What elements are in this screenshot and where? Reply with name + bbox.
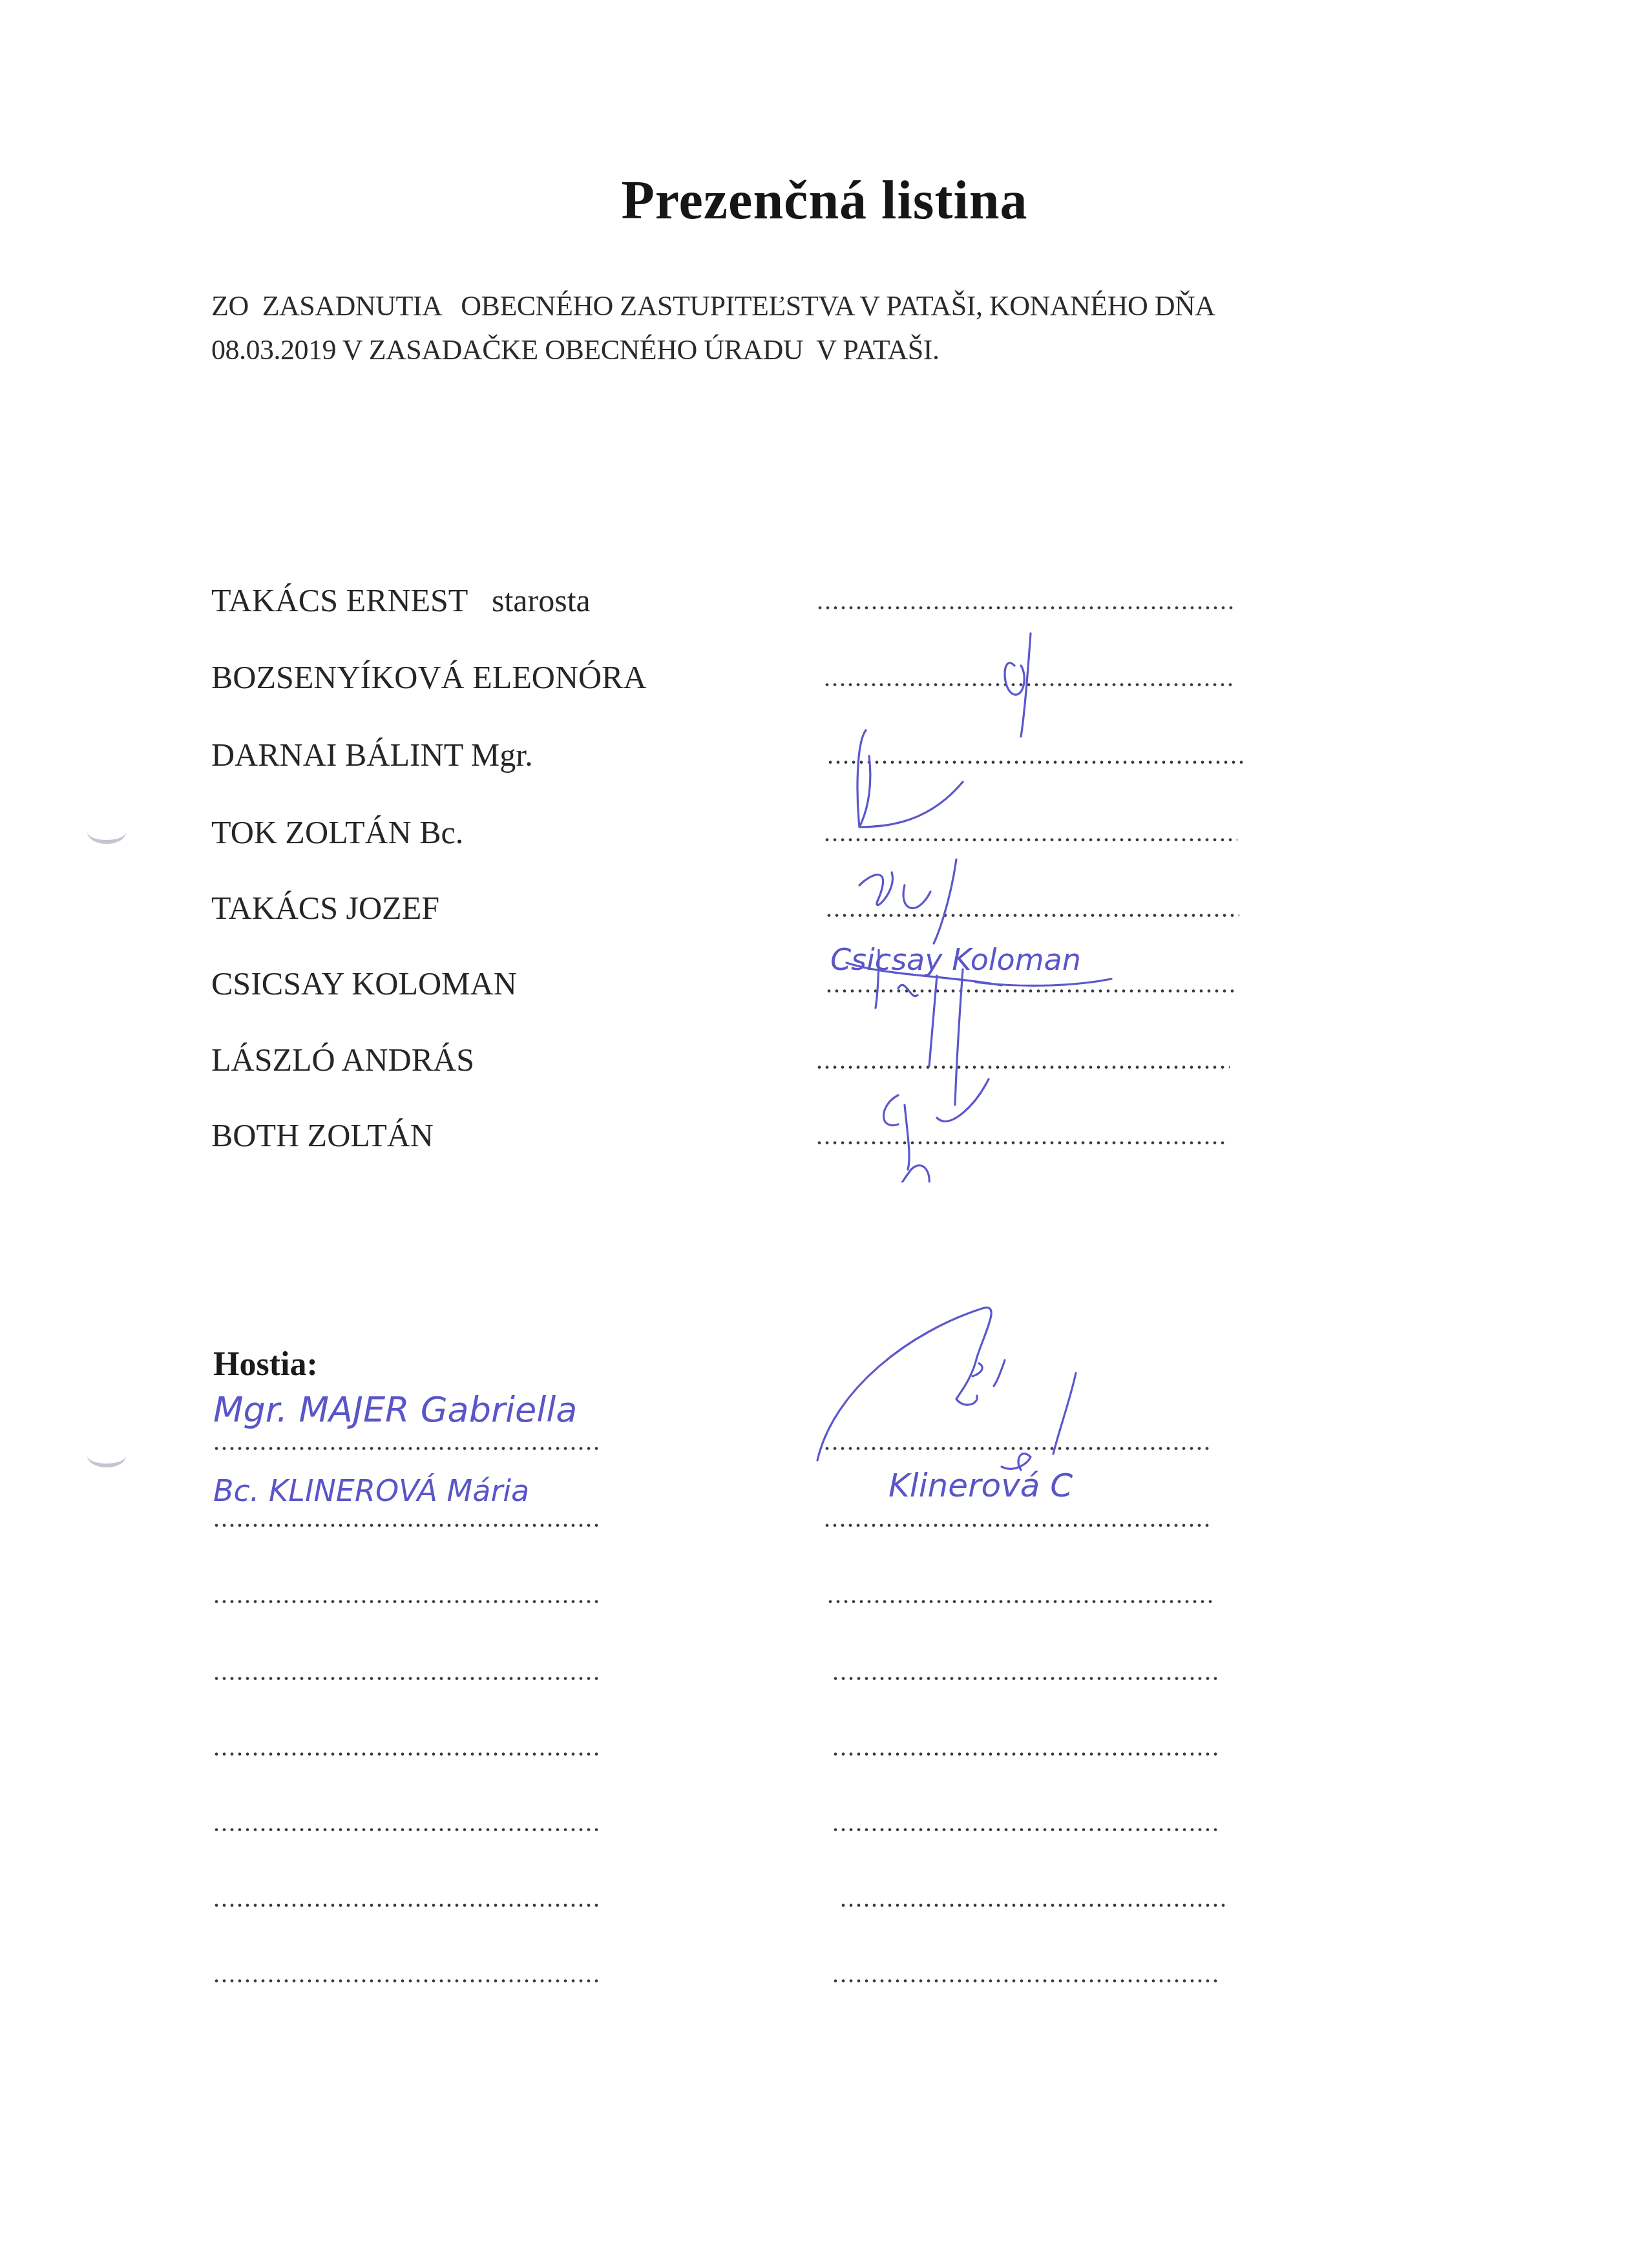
guest-signature-line[interactable]: ........................................… bbox=[827, 1579, 1215, 1610]
guests-heading: Hostia: bbox=[213, 1345, 318, 1383]
signature-line[interactable]: ........................................… bbox=[824, 662, 1232, 693]
member-name: TOK ZOLTÁN Bc. bbox=[211, 814, 463, 851]
member-name: DARNAI BÁLINT Mgr. bbox=[211, 736, 533, 773]
signature-line[interactable]: ........................................… bbox=[827, 740, 1244, 770]
guest-name-line[interactable]: ........................................… bbox=[213, 1426, 601, 1456]
guest-signature-line[interactable]: ........................................… bbox=[840, 1883, 1228, 1913]
signature-line[interactable]: ........................................… bbox=[824, 817, 1237, 848]
guest-signature-line[interactable]: ........................................… bbox=[832, 1656, 1220, 1686]
subtitle-line-1: ZO ZASADNUTIA OBECNÉHO ZASTUPITEĽSTVA V … bbox=[211, 289, 1215, 322]
guest-signature-line[interactable]: ........................................… bbox=[832, 1958, 1236, 1989]
guest-name-line[interactable]: ........................................… bbox=[213, 1807, 601, 1838]
hole-punch-mark bbox=[87, 821, 126, 844]
document-title: Prezenčná listina bbox=[0, 169, 1649, 232]
signature-line[interactable]: ........................................… bbox=[816, 1045, 1230, 1075]
guest-signature-line[interactable]: ........................................… bbox=[832, 1732, 1228, 1762]
guest-signature-line[interactable]: ........................................… bbox=[824, 1503, 1228, 1533]
signature-text-csicsay: Csicsay Koloman bbox=[830, 942, 1081, 977]
guest-name-line[interactable]: ........................................… bbox=[213, 1883, 609, 1913]
signature-line[interactable]: ........................................… bbox=[816, 1120, 1224, 1151]
signature-line[interactable]: ........................................… bbox=[817, 585, 1234, 616]
guest-name-line[interactable]: ........................................… bbox=[213, 1503, 601, 1533]
member-name: BOZSENYÍKOVÁ ELEONÓRA bbox=[211, 658, 647, 696]
guest-name-line[interactable]: ........................................… bbox=[213, 1656, 601, 1686]
hole-punch-mark bbox=[87, 1444, 126, 1467]
member-name: TAKÁCS ERNEST starosta bbox=[211, 582, 591, 619]
member-name: BOTH ZOLTÁN bbox=[211, 1117, 434, 1154]
guest-name-line[interactable]: ........................................… bbox=[213, 1579, 601, 1610]
member-name: TAKÁCS JOZEF bbox=[211, 889, 439, 927]
member-name: CSICSAY KOLOMAN bbox=[211, 965, 517, 1002]
guest-signature-line[interactable]: ........................................… bbox=[824, 1426, 1237, 1456]
guest-name-line[interactable]: ........................................… bbox=[213, 1732, 601, 1762]
subtitle-line-2: 08.03.2019 V ZASADAČKE OBECNÉHO ÚRADU V … bbox=[211, 333, 939, 366]
guest-name-handwritten: Mgr. MAJER Gabriella bbox=[213, 1389, 577, 1430]
guest-signature-text: Klinerová C bbox=[888, 1467, 1073, 1504]
guest-signature-line[interactable]: ........................................… bbox=[832, 1807, 1228, 1838]
guest-name-line[interactable]: ........................................… bbox=[213, 1958, 609, 1989]
member-name: LÁSZLÓ ANDRÁS bbox=[211, 1041, 474, 1078]
signature-line[interactable]: ........................................… bbox=[826, 893, 1239, 923]
